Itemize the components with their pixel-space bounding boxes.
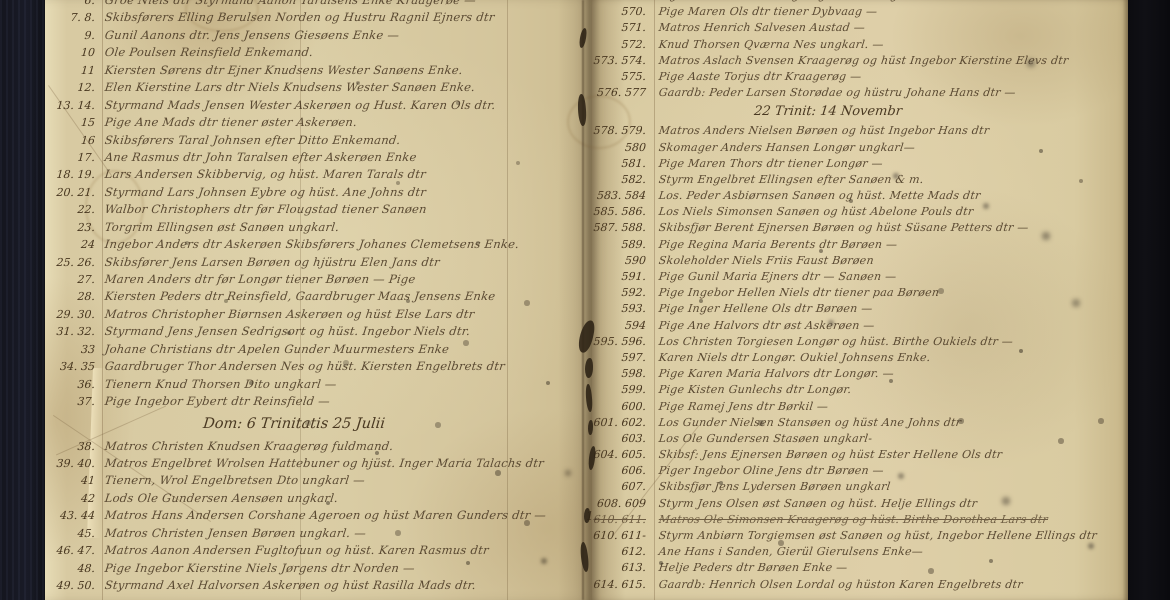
register-entry: 38.Matros Christen Knudsen Kraagerøg ful… — [45, 439, 592, 456]
entry-number: 33 — [45, 343, 105, 356]
entry-number: 592. — [592, 286, 659, 299]
entry-text: Pige Inger Hellene Ols dtr Børøen — — [658, 302, 873, 315]
entry-number: 613. — [592, 561, 659, 574]
entry-number: 585. 586. — [592, 205, 659, 218]
entry-text: Kiersten Peders dtr Reinsfield, Gaardbru… — [104, 289, 496, 303]
entry-text: Skibsfjør Jens Lydersen Børøen ungkarl — [658, 480, 891, 493]
register-entry: 37.Pige Ingebor Eybert dtr Reinsfield — — [45, 394, 592, 411]
entry-text: Los Niels Simonsen Sanøen og hüst Abelon… — [658, 205, 974, 218]
register-entry: 587. 588.Skibsfjør Berent Ejnersen Børøe… — [592, 221, 1128, 237]
register-entry: 595. 596.Los Christen Torgiesen Longør o… — [592, 335, 1128, 351]
entry-text: Elen Kierstine Lars dtr Niels Knudsens W… — [104, 80, 476, 94]
section-heading: 22 Trinit: 14 Novembr — [591, 102, 1129, 124]
entry-number: 578. 579. — [592, 124, 659, 137]
entry-number: 589. — [592, 238, 659, 251]
entry-text: Tienern, Wrol Engelbretsen Dto ungkarl — — [104, 473, 366, 487]
entry-text: Gaardbruger Thor Andersen Nes og hüst. K… — [104, 359, 506, 373]
entry-text: Styrmand Axel Halvorsen Askerøen og hüst… — [104, 578, 477, 592]
register-entry: 597.Karen Niels dtr Longør. Oukiel Johns… — [592, 351, 1128, 367]
entry-number: 25. 26. — [45, 256, 105, 269]
entry-text: Walbor Christophers dtr før Flougstad ti… — [104, 202, 428, 216]
entry-number: 17. — [45, 151, 105, 164]
entry-number: 15 — [45, 116, 105, 129]
entry-text: Pige Karen Maria Halvors dtr Longør. — — [658, 367, 895, 380]
entry-number: 575. — [592, 70, 659, 83]
entry-number: 593. — [592, 302, 659, 315]
entry-text: Helje Peders dtr Børøen Enke — — [658, 561, 848, 574]
register-entry: 594Pige Ane Halvors dtr øst Askerøen — — [592, 319, 1128, 335]
register-entry: 607.Skibsfjør Jens Lydersen Børøen ungka… — [592, 480, 1128, 496]
entry-text: Matros Henrich Salvesen Austad — — [658, 21, 866, 34]
register-entry: 22.Walbor Christophers dtr før Flougstad… — [45, 202, 592, 219]
register-entry: 591.Pige Gunil Maria Ejners dtr — Sanøen… — [592, 270, 1128, 286]
entry-number: 45. — [45, 527, 105, 540]
register-entry: 16Skibsførers Taral Johnsen efter Ditto … — [45, 133, 592, 150]
left-page: 6.Groe Niels dtr Styrmand Aanon Taralsen… — [45, 0, 592, 600]
register-entry: 27.Maren Anders dtr før Longør tiener Bø… — [45, 272, 592, 289]
register-entry: 576. 577Gaardb: Peder Larsen Storødae og… — [592, 86, 1128, 102]
register-entry: 7. 8.Skibsførers Elling Berulsen Norden … — [45, 10, 592, 27]
entry-number: 39. 40. — [45, 457, 105, 470]
entry-number: 601. 602. — [592, 416, 659, 429]
entry-number: 24 — [45, 238, 105, 251]
entry-number: 594 — [592, 319, 659, 332]
register-rows-right: 569Pige Ane Lars dtr Kraagerøg: Gaardbøu… — [592, 0, 1128, 594]
entry-number: 9. — [45, 29, 105, 42]
entry-number: 37. — [45, 395, 105, 408]
entry-number: 29. 30. — [45, 308, 105, 321]
register-entry: 582.Styrm Engelbret Ellingsen efter Sanø… — [592, 173, 1128, 189]
register-entry: 24Ingebor Anders dtr Askerøen Skibsfører… — [45, 237, 592, 254]
entry-text: Styrm Engelbret Ellingsen efter Sanøen &… — [658, 173, 924, 186]
register-entry: 589.Pige Regina Maria Berents dtr Børøen… — [592, 238, 1128, 254]
section-heading: Dom: 6 Trinitatis 25 Julii — [44, 412, 594, 439]
register-entry: 593.Pige Inger Hellene Ols dtr Børøen — — [592, 302, 1128, 318]
entry-text: Kiersten Sørens dtr Ejner Knudsens Weste… — [104, 63, 464, 77]
entry-text: Ole Poulsen Reinsfield Enkemand. — [104, 45, 314, 59]
entry-text: Los Gunder Nielsen Stansøen og hüst Ane … — [658, 416, 962, 429]
register-entry: 592.Pige Ingebor Hellen Niels dtr tiener… — [592, 286, 1128, 302]
register-entry: 13. 14.Styrmand Mads Jensen Wester Asker… — [45, 98, 592, 115]
gutter-crease — [582, 0, 584, 600]
entry-text: Gaardb: Peder Larsen Storødae og hüstru … — [658, 86, 1017, 99]
register-entry: 34. 35Gaardbruger Thor Andersen Nes og h… — [45, 359, 592, 376]
entry-text: Los Christen Torgiesen Longør og hüst. B… — [658, 335, 1014, 348]
entry-text: Lars Andersen Skibbervig, og hüst. Maren… — [104, 167, 427, 181]
register-entry: 48.Pige Ingebor Kierstine Niels Jørgens … — [45, 561, 592, 578]
register-entry: 572.Knud Thorsen Qværna Nes ungkarl. — — [592, 38, 1128, 54]
register-entry: 12.Elen Kierstine Lars dtr Niels Knudsen… — [45, 80, 592, 97]
entry-text: Torgrim Ellingsen øst Sanøen ungkarl. — [104, 220, 340, 234]
register-entry: 10Ole Poulsen Reinsfield Enkemand. — [45, 45, 592, 62]
entry-text: Matros Christopher Biørnsen Askerøen og … — [104, 307, 475, 321]
entry-number: 603. — [592, 432, 659, 445]
book-edge-right — [1128, 0, 1170, 600]
entry-text: Styrm Jens Olsen øst Sanøen og hüst. Hel… — [658, 497, 978, 510]
entry-text: Pige Aaste Torjus dtr Kraagerøg — — [658, 70, 862, 83]
entry-number: 607. — [592, 480, 659, 493]
register-entry: 36.Tienern Knud Thorsen Dito ungkarl — — [45, 377, 592, 394]
entry-number: 600. — [592, 400, 659, 413]
register-entry: 23.Torgrim Ellingsen øst Sanøen ungkarl. — [45, 220, 592, 237]
register-rows-left: 6.Groe Niels dtr Styrmand Aanon Taralsen… — [45, 0, 592, 595]
entry-text: Matros Christen Knudsen Kraagerøg fuldma… — [104, 439, 394, 453]
entry-text: Styrmand Mads Jensen Wester Askerøen og … — [104, 98, 497, 112]
entry-text: Skoleholder Niels Friis Faust Børøen — [658, 254, 875, 267]
entry-text: Tienern Knud Thorsen Dito ungkarl — — [104, 377, 338, 391]
register-entry: 604. 605.Skibsf: Jens Ejnersen Børøen og… — [592, 448, 1128, 464]
entry-number: 581. — [592, 157, 659, 170]
entry-number: 20. 21. — [45, 186, 105, 199]
entry-number: 42 — [45, 492, 105, 505]
manuscript-scan: 6.Groe Niels dtr Styrmand Aanon Taralsen… — [0, 0, 1170, 600]
entry-text: Pige Ramej Jens dtr Børkil — — [658, 400, 829, 413]
register-entry: 571.Matros Henrich Salvesen Austad — — [592, 21, 1128, 37]
entry-text: Johane Christians dtr Apelen Gunder Muur… — [104, 342, 450, 356]
register-entry: 583. 584Los. Peder Asbiørnsen Sanøen og … — [592, 189, 1128, 205]
entry-text: Skomager Anders Hansen Longør ungkarl— — [658, 141, 916, 154]
register-entry: 42Lods Ole Gundersen Aensøen ungkarl. — [45, 491, 592, 508]
entry-number: 12. — [45, 81, 105, 94]
register-entry: 11Kiersten Sørens dtr Ejner Knudsens Wes… — [45, 63, 592, 80]
register-entry: 41Tienern, Wrol Engelbretsen Dto ungkarl… — [45, 473, 592, 490]
entry-number: 571. — [592, 21, 659, 34]
register-entry: 15Pige Ane Mads dtr tiener øster Askerøe… — [45, 115, 592, 132]
entry-text: Ingebor Anders dtr Askerøen Skibsførers … — [104, 237, 520, 251]
entry-text: Pige Ane Halvors dtr øst Askerøen — — [658, 319, 875, 332]
entry-text: Pige Kisten Gunlechs dtr Longør. — [658, 383, 852, 396]
entry-number: 6. — [45, 0, 105, 7]
register-entry: 573. 574.Matros Aslach Svensen Kraagerøg… — [592, 54, 1128, 70]
register-entry: 580Skomager Anders Hansen Longør ungkarl… — [592, 141, 1128, 157]
register-entry: 20. 21.Styrmand Lars Johnsen Eybre og hü… — [45, 185, 592, 202]
entry-number: 49. 50. — [45, 579, 105, 592]
register-entry: 585. 586.Los Niels Simonsen Sanøen og hü… — [592, 205, 1128, 221]
register-entry: 33Johane Christians dtr Apelen Gunder Mu… — [45, 342, 592, 359]
register-entry: 28.Kiersten Peders dtr Reinsfield, Gaard… — [45, 289, 592, 306]
entry-number: 10 — [45, 46, 105, 59]
entry-text: Pige Ingebor Eybert dtr Reinsfield — — [104, 394, 331, 408]
entry-number: 18. 19. — [45, 168, 105, 181]
register-entry: 613.Helje Peders dtr Børøen Enke — — [592, 561, 1128, 577]
entry-text: Skibsførers Taral Johnsen efter Ditto En… — [104, 133, 401, 147]
entry-number: 31. 32. — [45, 325, 105, 338]
entry-text: Matros Hans Andersen Corshane Ageroen og… — [104, 508, 547, 522]
entry-text: Ane Hans i Sanden, Gierül Gierulsens Enk… — [658, 545, 924, 558]
register-entry: 6.Groe Niels dtr Styrmand Aanon Taralsen… — [45, 0, 592, 10]
entry-number: 610. 611. — [592, 513, 659, 526]
entry-text: Matros Aanon Andersen Fugltofuun og hüst… — [104, 543, 490, 557]
entry-number: 43. 44 — [45, 509, 105, 522]
entry-number: 41 — [45, 474, 105, 487]
entry-text: Matros Ole Simonsen Kraagerøg og hüst. B… — [658, 513, 1049, 526]
register-entry: 575.Pige Aaste Torjus dtr Kraagerøg — — [592, 70, 1128, 86]
book-edge-left — [0, 0, 45, 600]
entry-number: 38. — [45, 440, 105, 453]
entry-number: 48. — [45, 562, 105, 575]
entry-number: 597. — [592, 351, 659, 364]
entry-text: Los. Peder Asbiørnsen Sanøen og hüst. Me… — [658, 189, 981, 202]
entry-number: 22. — [45, 203, 105, 216]
entry-number: 11 — [45, 64, 105, 77]
entry-number: 612. — [592, 545, 659, 558]
register-entry: 9.Gunil Aanons dtr. Jens Jensens Giesøen… — [45, 28, 592, 45]
register-entry: 603.Los Ole Gundersen Stasøen ungkarl- — [592, 432, 1128, 448]
entry-text: Styrmand Lars Johnsen Eybre og hüst. Ane… — [104, 185, 427, 199]
entry-text: Gunil Aanons dtr. Jens Jensens Giesøens … — [104, 28, 400, 42]
entry-text: Pige Ingebor Kierstine Niels Jørgens dtr… — [104, 561, 416, 575]
entry-text: Styrm Anbiørn Torgiemsen øst Sanøen og h… — [658, 529, 1098, 542]
entry-number: 606. — [592, 464, 659, 477]
entry-number: 599. — [592, 383, 659, 396]
register-entry: 612.Ane Hans i Sanden, Gierül Gierulsens… — [592, 545, 1128, 561]
right-page: 569Pige Ane Lars dtr Kraagerøg: Gaardbøu… — [592, 0, 1128, 600]
entry-number: 572. — [592, 38, 659, 51]
entry-number: 27. — [45, 273, 105, 286]
register-entry: 43. 44Matros Hans Andersen Corshane Ager… — [45, 508, 592, 525]
entry-number: 569 — [592, 0, 659, 2]
entry-text: Skibsf: Jens Ejnersen Børøen og hüst Est… — [658, 448, 1003, 461]
register-entry: 31. 32.Styrmand Jens Jensen Sedrigsort o… — [45, 324, 592, 341]
entry-number: 34. 35 — [45, 360, 105, 373]
entry-text: Pige Maren Thors dtr tiener Longør — — [658, 157, 884, 170]
register-entry: 578. 579.Matros Anders Nielsen Børøen og… — [592, 124, 1128, 140]
entry-text: Los Ole Gundersen Stasøen ungkarl- — [658, 432, 873, 445]
entry-number: 36. — [45, 378, 105, 391]
register-entry: 610. 611.Matros Ole Simonsen Kraagerøg o… — [592, 513, 1128, 529]
entry-number: 583. 584 — [592, 189, 659, 202]
entry-number: 16 — [45, 134, 105, 147]
entry-text: Pige Maren Ols dtr tiener Dybvaag — — [658, 5, 878, 18]
register-entry: 29. 30.Matros Christopher Biørnsen Asker… — [45, 307, 592, 324]
entry-text: Matros Christen Jensen Børøen ungkarl. — — [104, 526, 367, 540]
register-entry: 590Skoleholder Niels Friis Faust Børøen — [592, 254, 1128, 270]
entry-text: Ane Rasmus dtr John Taralsen efter Asker… — [104, 150, 418, 164]
entry-text: Matros Engelbret Wrolsen Hattebuner og h… — [104, 456, 545, 470]
entry-text: Pige Regina Maria Berents dtr Børøen — — [658, 238, 898, 251]
entry-text: Karen Niels dtr Longør. Oukiel Johnsens … — [658, 351, 931, 364]
register-entry: 18. 19.Lars Andersen Skibbervig, og hüst… — [45, 167, 592, 184]
entry-number: 608. 609 — [592, 497, 659, 510]
entry-number: 598. — [592, 367, 659, 380]
entry-text: Matros Anders Nielsen Børøen og hüst Ing… — [658, 124, 990, 137]
entry-number: 23. — [45, 221, 105, 234]
register-entry: 570.Pige Maren Ols dtr tiener Dybvaag — — [592, 5, 1128, 21]
entry-number: 46. 47. — [45, 544, 105, 557]
entry-text: Maren Anders dtr før Longør tiener Børøe… — [104, 272, 416, 286]
register-entry: 25. 26.Skibsfører Jens Larsen Børøen og … — [45, 255, 592, 272]
speckles — [592, 0, 594, 2]
entry-number: 614. 615. — [592, 578, 659, 591]
entry-text: Styrmand Jens Jensen Sedrigsort og hüst.… — [104, 324, 471, 338]
entry-number: 610. 611- — [592, 529, 659, 542]
entry-text: Pige Gunil Maria Ejners dtr — Sanøen — — [658, 270, 897, 283]
speckles — [45, 0, 47, 2]
register-entry: 600.Pige Ramej Jens dtr Børkil — — [592, 400, 1128, 416]
entry-number: 604. 605. — [592, 448, 659, 461]
register-entry: 598.Pige Karen Maria Halvors dtr Longør.… — [592, 367, 1128, 383]
register-entry: 610. 611-Styrm Anbiørn Torgiemsen øst Sa… — [592, 529, 1128, 545]
entry-number: 576. 577 — [592, 86, 659, 99]
entry-text: Groe Niels dtr Styrmand Aanon Taralsens … — [104, 0, 477, 7]
entry-text: Piger Ingebor Oline Jens dtr Børøen — — [658, 464, 885, 477]
entry-text: Pige Ingebor Hellen Niels dtr tiener paa… — [658, 286, 940, 299]
register-entry: 601. 602.Los Gunder Nielsen Stansøen og … — [592, 416, 1128, 432]
entry-text: Gaardb: Henrich Olsen Lordal og hüston K… — [658, 578, 1024, 591]
entry-number: 570. — [592, 5, 659, 18]
entry-number: 591. — [592, 270, 659, 283]
entry-text: Knud Thorsen Qværna Nes ungkarl. — — [658, 38, 885, 51]
entry-number: 595. 596. — [592, 335, 659, 348]
entry-number: 13. 14. — [45, 99, 105, 112]
entry-number: 580 — [592, 141, 659, 154]
entry-text: Pige Ane Lars dtr Kraagerøg: Gaardbøug S… — [658, 0, 1039, 2]
entry-text: Lods Ole Gundersen Aensøen ungkarl. — [104, 491, 339, 505]
register-entry: 45.Matros Christen Jensen Børøen ungkarl… — [45, 526, 592, 543]
register-entry: 49. 50.Styrmand Axel Halvorsen Askerøen … — [45, 578, 592, 595]
register-entry: 17.Ane Rasmus dtr John Taralsen efter As… — [45, 150, 592, 167]
register-entry: 39. 40.Matros Engelbret Wrolsen Hattebun… — [45, 456, 592, 473]
entry-text: Pige Ane Mads dtr tiener øster Askerøen. — [104, 115, 358, 129]
register-entry: 599.Pige Kisten Gunlechs dtr Longør. — [592, 383, 1128, 399]
entry-text: Skibsfører Jens Larsen Børøen og hjüstru… — [104, 255, 441, 269]
entry-number: 587. 588. — [592, 221, 659, 234]
entry-number: 573. 574. — [592, 54, 659, 67]
entry-number: 28. — [45, 290, 105, 303]
register-entry: 614. 615.Gaardb: Henrich Olsen Lordal og… — [592, 578, 1128, 594]
register-entry: 46. 47.Matros Aanon Andersen Fugltofuun … — [45, 543, 592, 560]
entry-text: Matros Aslach Svensen Kraagerøg og hüst … — [658, 54, 1069, 67]
entry-text: Skibsfjør Berent Ejnersen Børøen og hüst… — [658, 221, 1029, 234]
register-entry: 608. 609Styrm Jens Olsen øst Sanøen og h… — [592, 497, 1128, 513]
entry-text: Skibsførers Elling Berulsen Norden og Hu… — [104, 10, 495, 24]
register-entry: 581.Pige Maren Thors dtr tiener Longør — — [592, 157, 1128, 173]
register-entry: 606.Piger Ingebor Oline Jens dtr Børøen … — [592, 464, 1128, 480]
entry-number: 582. — [592, 173, 659, 186]
entry-number: 590 — [592, 254, 659, 267]
entry-number: 7. 8. — [45, 11, 105, 24]
